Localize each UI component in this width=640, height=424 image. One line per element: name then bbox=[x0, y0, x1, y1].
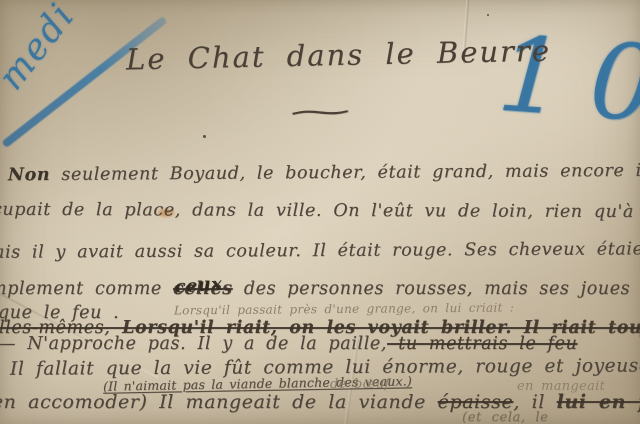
body-line-11-partial: (et cela, le bbox=[462, 410, 548, 424]
line4-text: mplement comme bbox=[0, 279, 173, 299]
pencil-insertion-text: Lorsqu'il passait près d'une grange, on … bbox=[174, 301, 514, 318]
body-line-7: — N'approche pas. Il y a de la paille, t… bbox=[0, 334, 577, 354]
line7-text: — N'approche pas. Il y a de la paille, bbox=[0, 334, 387, 354]
blue-corner-scrawl: medi bbox=[0, 0, 83, 98]
title-separator-flourish: ~ bbox=[281, 97, 361, 128]
ink-speck bbox=[487, 14, 489, 16]
line10-struck-2: lui en fallait bbox=[557, 391, 640, 413]
body-line-2: cupait de la place, dans la ville. On l'… bbox=[0, 200, 640, 222]
insertion-en-mangeait: en mangeait bbox=[517, 379, 605, 394]
pencil-insertion-grange: Lorsqu'il passait près d'une grange, on … bbox=[174, 301, 514, 318]
line2-text: cupait de la place, dans la ville. On l'… bbox=[0, 200, 640, 222]
insertion-en-mangeait-text: en mangeait bbox=[517, 379, 605, 394]
line10-text: 'en accomoder) Il mangeait de la viande bbox=[0, 391, 438, 413]
insertion-de-boeuf-text: de bœuf bbox=[330, 377, 390, 392]
line4-text-after: des personnes rousses, mais ses joues n'… bbox=[233, 279, 640, 299]
ink-speck bbox=[203, 135, 206, 138]
line1-first-word: Non bbox=[8, 165, 50, 185]
body-line-3: ais il y avait aussi sa couleur. Il étai… bbox=[0, 239, 640, 262]
line11-text: (et cela, le bbox=[462, 410, 548, 424]
body-line-4: mplement comme cellesceux des personnes … bbox=[0, 279, 640, 299]
line1-text: seulement Boyaud, le boucher, était gran… bbox=[50, 161, 640, 185]
line3-text: ais il y avait aussi sa couleur. Il étai… bbox=[0, 239, 640, 262]
manuscript-page: medi 10 Le Chat dans le Beurre ~ Non seu… bbox=[0, 0, 640, 424]
insertion-de-boeuf: de bœuf bbox=[330, 377, 390, 392]
line7-struck: tu mettrais le feu bbox=[387, 334, 577, 354]
manuscript-title: Le Chat dans le Beurre bbox=[126, 34, 552, 77]
line4-overwritten-word: ceux bbox=[174, 274, 223, 297]
body-line-1: Non seulement Boyaud, le boucher, était … bbox=[8, 161, 640, 186]
